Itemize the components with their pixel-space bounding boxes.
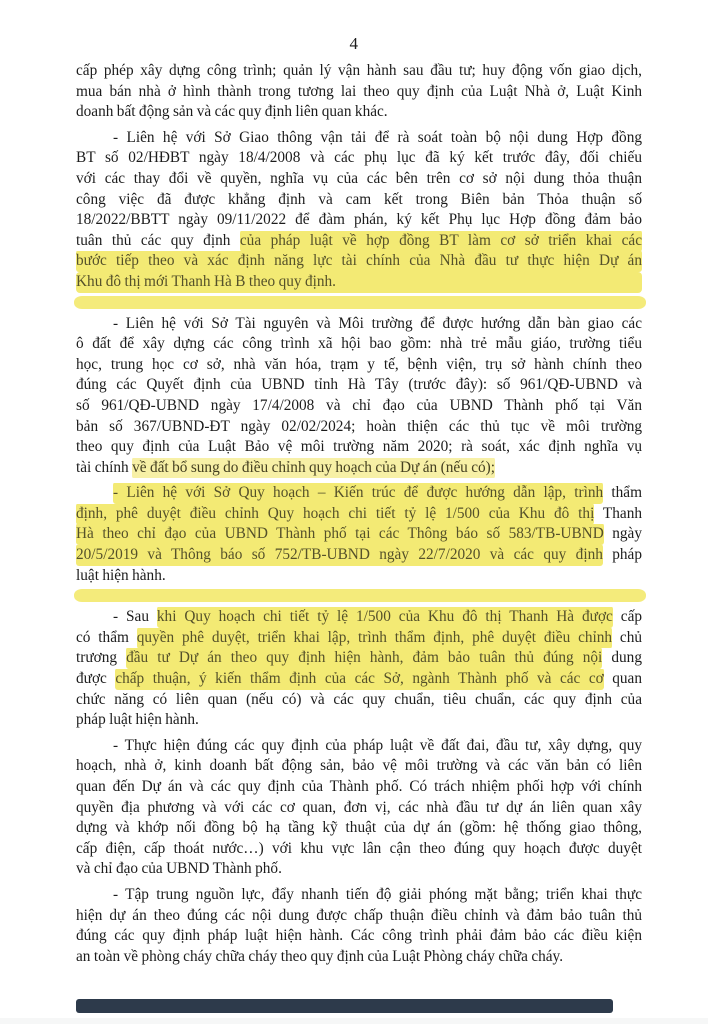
highlighted-text: Hà theo chỉ đạo của UBND Thành phố tại c… [76,524,604,545]
text-line: - Liên hệ với Sở Tài nguyên và Môi trườn… [76,314,642,335]
paragraph: - Liên hệ với Sở Tài nguyên và Môi trườn… [76,314,642,479]
text-segment: cấp [613,608,642,625]
text-segment: dựng và khớp nối đồng bộ hạ tầng kỹ thuậ… [76,819,642,836]
text-segment: pháp luật hiện hành. [76,711,199,728]
document-body: cấp phép xây dựng công trình; quản lý vậ… [76,61,642,967]
text-line: học, trung học cơ sở, nhà văn hóa, trạm … [76,355,642,376]
text-segment: ô đất để xây dựng các công trình xã hội … [76,335,642,352]
text-line: pháp luật hiện hành. [76,710,642,731]
text-line: cấp điện, cấp thoát nước…) với khu vực l… [76,839,642,860]
text-line: tài chính về đất bổ sung do điều chỉnh q… [76,458,642,479]
text-segment: số 961/QĐ-UBND ngày 17/4/2008 và chỉ đạo… [76,397,642,414]
text-segment: dung [602,649,642,666]
text-segment: Thanh [594,505,642,522]
text-segment: luật hiện hành. [76,567,166,584]
text-segment: hoạch, nhà ở, kinh doanh bất động sản, b… [76,757,642,774]
highlighted-text: quyền phê duyệt, triển khai lập, trình t… [137,628,612,649]
text-segment: doanh bất động sản và các quy định liên … [76,103,388,120]
highlighted-text: của pháp luật về hợp đồng BT làm cơ sở t… [240,231,642,252]
text-line: - Liên hệ với Sở Giao thông vận tải để r… [76,128,642,149]
text-segment: bản số 367/UBND-ĐT ngày 02/02/2024; hoàn… [76,418,642,435]
paragraph: - Sau khi Quy hoạch chi tiết tỷ lệ 1/500… [76,607,642,731]
text-segment: đúng các Quyết định của UBND tỉnh Hà Tây… [76,376,642,393]
paragraph: - Liên hệ với Sở Quy hoạch – Kiến trúc đ… [76,483,642,586]
text-segment: tài chính [76,459,132,476]
paragraph: - Liên hệ với Sở Giao thông vận tải để r… [76,128,642,293]
text-line: đúng các quy định pháp luật hiện hành. C… [76,926,642,947]
text-line: bước tiếp theo và xác định năng lực tài … [76,251,642,272]
text-segment: cấp điện, cấp thoát nước…) với khu vực l… [76,840,642,857]
text-segment: an toàn về phòng cháy chữa cháy theo quy… [76,948,563,965]
text-segment: - Thực hiện đúng các quy định của pháp l… [113,737,642,754]
paragraph: - Thực hiện đúng các quy định của pháp l… [76,736,642,880]
text-line: an toàn về phòng cháy chữa cháy theo quy… [76,947,642,968]
text-segment: mua bán nhà ở hình thành trong tương lai… [76,83,642,100]
text-segment: theo quy định của Luật Bảo vệ môi trường… [76,438,642,455]
text-line: - Tập trung nguồn lực, đẩy nhanh tiến độ… [76,885,642,906]
highlighted-text: chấp thuận, ý kiến thẩm định của các Sở,… [115,669,603,690]
text-line: hoạch, nhà ở, kinh doanh bất động sản, b… [76,756,642,777]
text-segment: quan đến Dự án và các quy định của Thành… [76,778,642,795]
text-segment: có thẩm [76,629,137,646]
text-segment: 18/2022/BBTT ngày 09/11/2022 để đàm phán… [76,211,642,228]
text-line: dựng và khớp nối đồng bộ hạ tầng kỹ thuậ… [76,818,642,839]
text-line: doanh bất động sản và các quy định liên … [76,102,642,123]
text-segment: thẩm [603,484,642,501]
text-line: quyền địa phương và với các cơ quan, đơn… [76,798,642,819]
text-segment: quan [604,670,642,687]
highlighted-text: 20/5/2019 và Thông báo số 752/TB-UBND ng… [76,545,603,566]
text-line: tuân thủ các quy định của pháp luật về h… [76,231,642,252]
text-line: Hà theo chỉ đạo của UBND Thành phố tại c… [76,524,642,545]
highlighted-text: Khu đô thị mới Thanh Hà B theo quy định. [76,272,336,293]
redaction-bar [76,999,613,1013]
text-line: định, phê duyệt điều chỉnh Quy hoạch chi… [76,504,642,525]
text-line: - Thực hiện đúng các quy định của pháp l… [76,736,642,757]
text-line: hiện dự án theo đúng các nội dung được c… [76,906,642,927]
text-segment: chức năng có liên quan (nếu có) và các q… [76,691,642,708]
text-line: ô đất để xây dựng các công trình xã hội … [76,334,642,355]
highlighted-text: bước tiếp theo và xác định năng lực tài … [76,251,642,272]
text-line: 20/5/2019 và Thông báo số 752/TB-UBND ng… [76,545,642,566]
text-line: luật hiện hành. [76,566,642,587]
text-segment: cấp phép xây dựng công trình; quản lý vậ… [76,62,642,79]
highlighted-text: đầu tư Dự án theo quy định hiện hành, đả… [126,648,602,669]
highlighted-text: định, phê duyệt điều chỉnh Quy hoạch chi… [76,504,594,525]
text-line: mua bán nhà ở hình thành trong tương lai… [76,82,642,103]
text-line: quan đến Dự án và các quy định của Thành… [76,777,642,798]
page-number: 4 [0,34,708,54]
text-line: - Liên hệ với Sở Quy hoạch – Kiến trúc đ… [76,483,642,504]
text-segment: công việc đã được khẳng định và cam kết … [76,191,642,208]
text-segment: - Tập trung nguồn lực, đẩy nhanh tiến độ… [113,886,642,903]
text-segment: học, trung học cơ sở, nhà văn hóa, trạm … [76,356,642,373]
text-segment: BT số 02/HĐBT ngày 18/4/2008 và các phụ … [76,149,642,166]
text-segment: ngày [604,525,642,542]
text-line: và chỉ đạo của UBND Thành phố. [76,859,642,880]
text-line: công việc đã được khẳng định và cam kết … [76,190,642,211]
document-page: 4 cấp phép xây dựng công trình; quản lý … [0,0,708,1024]
text-segment: tuân thủ các quy định [76,232,240,249]
text-segment: và chỉ đạo của UBND Thành phố. [76,860,282,877]
text-segment: trương [76,649,126,666]
text-line: có thẩm quyền phê duyệt, triển khai lập,… [76,628,642,649]
text-line: BT số 02/HĐBT ngày 18/4/2008 và các phụ … [76,148,642,169]
highlighted-text: - Liên hệ với Sở Quy hoạch – Kiến trúc đ… [113,483,603,504]
text-segment: - Liên hệ với Sở Tài nguyên và Môi trườn… [113,315,642,332]
text-line: chức năng có liên quan (nếu có) và các q… [76,690,642,711]
highlighter-stroke [74,589,646,602]
text-line: với các thay đổi về quyền, nghĩa vụ của … [76,169,642,190]
highlighter-stroke [74,296,646,309]
highlighted-text: khi Quy hoạch chi tiết tỷ lệ 1/500 của K… [157,607,613,628]
text-segment: quyền địa phương và với các cơ quan, đơn… [76,799,642,816]
text-line: bản số 367/UBND-ĐT ngày 02/02/2024; hoàn… [76,417,642,438]
text-segment: chủ [612,629,642,646]
text-line: - Sau khi Quy hoạch chi tiết tỷ lệ 1/500… [76,607,642,628]
text-segment: với các thay đổi về quyền, nghĩa vụ của … [76,170,642,187]
text-segment: được [76,670,115,687]
text-line: số 961/QĐ-UBND ngày 17/4/2008 và chỉ đạo… [76,396,642,417]
text-line: 18/2022/BBTT ngày 09/11/2022 để đàm phán… [76,210,642,231]
text-line: Khu đô thị mới Thanh Hà B theo quy định. [76,272,642,293]
paragraph: cấp phép xây dựng công trình; quản lý vậ… [76,61,642,123]
scan-edge [0,1018,708,1024]
highlighted-text: về đất bổ sung do điều chỉnh quy hoạch c… [132,458,495,479]
text-segment: - Liên hệ với Sở Giao thông vận tải để r… [113,129,642,146]
text-line: cấp phép xây dựng công trình; quản lý vậ… [76,61,642,82]
text-line: theo quy định của Luật Bảo vệ môi trường… [76,437,642,458]
text-segment: hiện dự án theo đúng các nội dung được c… [76,907,642,924]
text-segment: đúng các quy định pháp luật hiện hành. C… [76,927,642,944]
text-segment: pháp [603,546,642,563]
text-line: trương đầu tư Dự án theo quy định hiện h… [76,648,642,669]
paragraph: - Tập trung nguồn lực, đẩy nhanh tiến độ… [76,885,642,967]
text-line: được chấp thuận, ý kiến thẩm định của cá… [76,669,642,690]
text-line: đúng các Quyết định của UBND tỉnh Hà Tây… [76,375,642,396]
text-segment: - Sau [113,608,157,625]
